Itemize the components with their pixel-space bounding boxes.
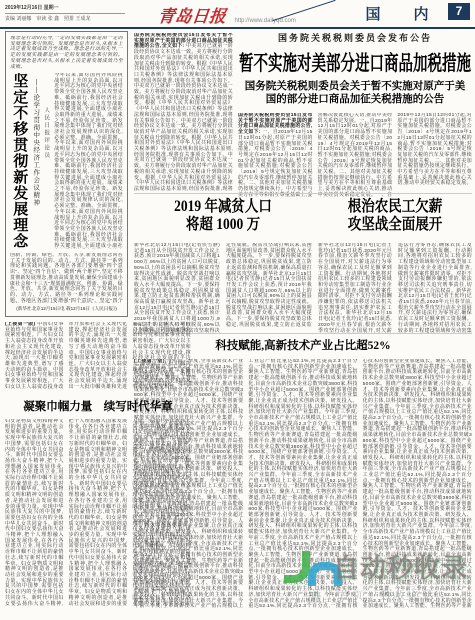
women-body: 妇女是物质文明和精神文明的创造者,是推动社会发展和进步的重要力量。实现中华民族伟… [5, 419, 191, 611]
header-left: 2019年12月16日 星期一 责编 刘丽娜 审读 张 鑫 照排 王成龙 [5, 4, 125, 23]
editorial-credit: (新华社北京12月15日电 载12月16日《人民日报》) [10, 306, 123, 312]
editorial-subtitle: ——论学习贯彻中央经济工作会议精神 [31, 79, 40, 249]
editorial-bottom-text: 创新、协调、绿色、开放、共享,新发展理念回答了关于发展的目的、动力、方式、路径等… [10, 253, 123, 303]
women-pre-text: 中国妇女事业始终与党和国家事业发展紧密相连。广大妇女以主人翁姿态投身改革开放和社… [5, 322, 191, 390]
page-header: 2019年12月16日 星期一 责编 刘丽娜 审读 张 鑫 照排 王成龙 青岛日… [0, 0, 475, 29]
poverty-headline-line1: 2019 年减贫人口 [134, 197, 312, 215]
announcement-body: 国务院关税税则委员会15日发布关于暂不实施对原产于美国的部分进口商品加征关税措施… [238, 113, 472, 199]
wages-headline-line1: 根治农民工欠薪 [318, 197, 472, 215]
page-number-badge: 7 [448, 3, 470, 20]
women-article: (上接第一版) 中国妇女事业始终与党和国家事业发展紧密相连。广大妇女以主人翁姿态… [5, 322, 191, 611]
editorial-intro: 理念是行动的先导,一定的发展实践都是由一定的发展理念来引领的。发展理念是否对头,… [10, 36, 123, 70]
wages-body: 新华社北京12月15日电(记者王优玲)记者15日获悉,2020年元旦春节前,根治… [318, 243, 472, 339]
women-continued-note: (上接第一版) [5, 322, 35, 327]
header-center: 青岛日报 http://www.dailyqd.com [158, 2, 296, 27]
rule-under-announcement [134, 193, 472, 194]
announcement-subhead: 国务院关税税则委员会关于暂不实施对原产于美国的部分进口商品加征关税措施的公告 [244, 80, 466, 106]
section-label: 国 内 [366, 7, 438, 23]
editorial-byline: 人民日报评论员 [42, 107, 50, 249]
announcement-article: 国务院关税税则委员会发布公告 暂不实施对美部分进口商品加税措施 国务院关税税则委… [238, 31, 472, 199]
women-headline: 凝聚巾帼力量 续写时代华章 [5, 398, 191, 414]
editorial-headline: 坚定不移贯彻新发展理念 [10, 73, 27, 249]
editorial-middle: 坚定不移贯彻新发展理念 ——论学习贯彻中央经济工作会议精神 人民日报评论员 今年… [10, 73, 123, 249]
credits-line: 责编 刘丽娜 审读 张 鑫 照排 王成龙 [5, 14, 125, 23]
announcement-lead-more: 中美双方已就第一阶段经贸协议文本达成一致。美方将履行分阶段取消对华产品加征关税的… [134, 44, 233, 191]
wages-headline-line2: 攻坚战全面展开 [318, 215, 472, 233]
newspaper-page: 2019年12月16日 星期一 责编 刘丽娜 审读 张 鑫 照排 王成龙 青岛日… [0, 0, 475, 620]
poverty-headline: 2019 年减贫人口 将超 1000 万 [134, 197, 312, 234]
announcement-lead-column: 国务院关税税则委员会15日发布关于暂不实施对原产于美国的部分进口商品加征关税措施… [134, 33, 233, 191]
date-line: 2019年12月16日 星期一 [5, 4, 125, 14]
wages-headline: 根治农民工欠薪 攻坚战全面展开 [318, 197, 472, 234]
announcement-kicker: 国务院关税税则委员会发布公告 [238, 31, 472, 44]
masthead-url: http://www.dailyqd.com [234, 18, 295, 24]
women-pre-body: (上接第一版) 中国妇女事业始终与党和国家事业发展紧密相连。广大妇女以主人翁姿态… [5, 322, 191, 392]
header-right: 国 内 7 [366, 3, 470, 23]
wages-article: 根治农民工欠薪 攻坚战全面展开 新华社北京12月15日电(记者王优玲)记者15日… [318, 197, 472, 339]
masthead-logo: 青岛日报 [157, 2, 228, 27]
poverty-headline-line2: 将超 1000 万 [134, 215, 312, 233]
poverty-article: 2019 年减贫人口 将超 1000 万 新华社北京12月15日电(记者侯雪静)… [134, 197, 312, 339]
editorial-side-text: 今年以来,面对国内外风险挑战明显上升的复杂局面,以习近平同志为核心的党中央团结带… [54, 73, 123, 249]
announcement-headline: 暂不实施对美部分进口商品加税措施 [238, 48, 472, 77]
editorial-box: 理念是行动的先导,一定的发展实践都是由一定的发展理念来引领的。发展理念是否对头,… [5, 31, 128, 317]
